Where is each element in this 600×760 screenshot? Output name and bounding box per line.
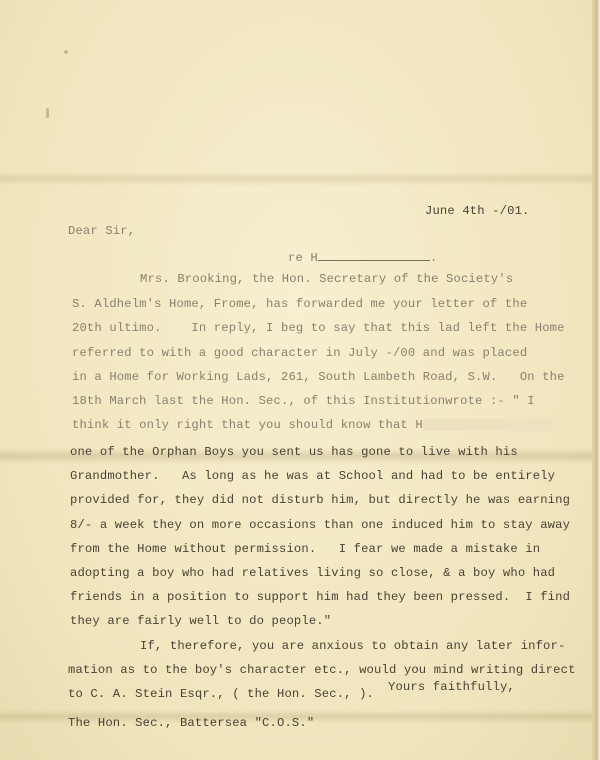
re-line: re H. bbox=[288, 250, 437, 265]
re-suffix: . bbox=[430, 251, 437, 265]
re-prefix: re H bbox=[288, 251, 318, 265]
letter-date: June 4th -/01. bbox=[425, 204, 530, 218]
body-line: referred to with a good character in Jul… bbox=[72, 346, 527, 360]
body-line: to C. A. Stein Esqr., ( the Hon. Sec., )… bbox=[68, 687, 374, 701]
body-line: 8/- a week they on more occasions than o… bbox=[70, 518, 570, 532]
closing: Yours faithfully, bbox=[388, 680, 515, 694]
body-line: think it only right that you should know… bbox=[72, 418, 423, 432]
redacted-name bbox=[318, 250, 430, 261]
body-line: from the Home without permission. I fear… bbox=[70, 542, 540, 556]
body-line: 18th March last the Hon. Sec., of this I… bbox=[72, 394, 535, 408]
body-line: they are fairly well to do people." bbox=[70, 614, 331, 628]
body-line: adopting a boy who had relatives living … bbox=[70, 566, 555, 580]
body-line: If, therefore, you are anxious to obtain… bbox=[140, 639, 565, 653]
body-line-with-redaction: think it only right that you should know… bbox=[72, 418, 553, 432]
body-line: Grandmother. As long as he was at School… bbox=[70, 469, 555, 483]
salutation: Dear Sir, bbox=[68, 224, 135, 238]
body-line: 20th ultimo. In reply, I beg to say that… bbox=[72, 321, 565, 335]
body-line: mation as to the boy's character etc., w… bbox=[68, 663, 576, 677]
addressee: The Hon. Sec., Battersea "C.O.S." bbox=[68, 716, 314, 730]
body-line: S. Aldhelm's Home, Frome, has forwarded … bbox=[72, 297, 527, 311]
body-line: friends in a position to support him had… bbox=[70, 590, 570, 604]
body-line: one of the Orphan Boys you sent us has g… bbox=[70, 445, 518, 459]
paper-stain bbox=[46, 108, 49, 118]
body-line: Mrs. Brooking, the Hon. Secretary of the… bbox=[140, 272, 513, 286]
body-line: provided for, they did not disturb him, … bbox=[70, 493, 570, 507]
body-line: in a Home for Working Lads, 261, South L… bbox=[72, 370, 565, 384]
paper-stain bbox=[64, 50, 68, 54]
paper-edge bbox=[592, 0, 600, 760]
redacted-name bbox=[423, 419, 553, 431]
